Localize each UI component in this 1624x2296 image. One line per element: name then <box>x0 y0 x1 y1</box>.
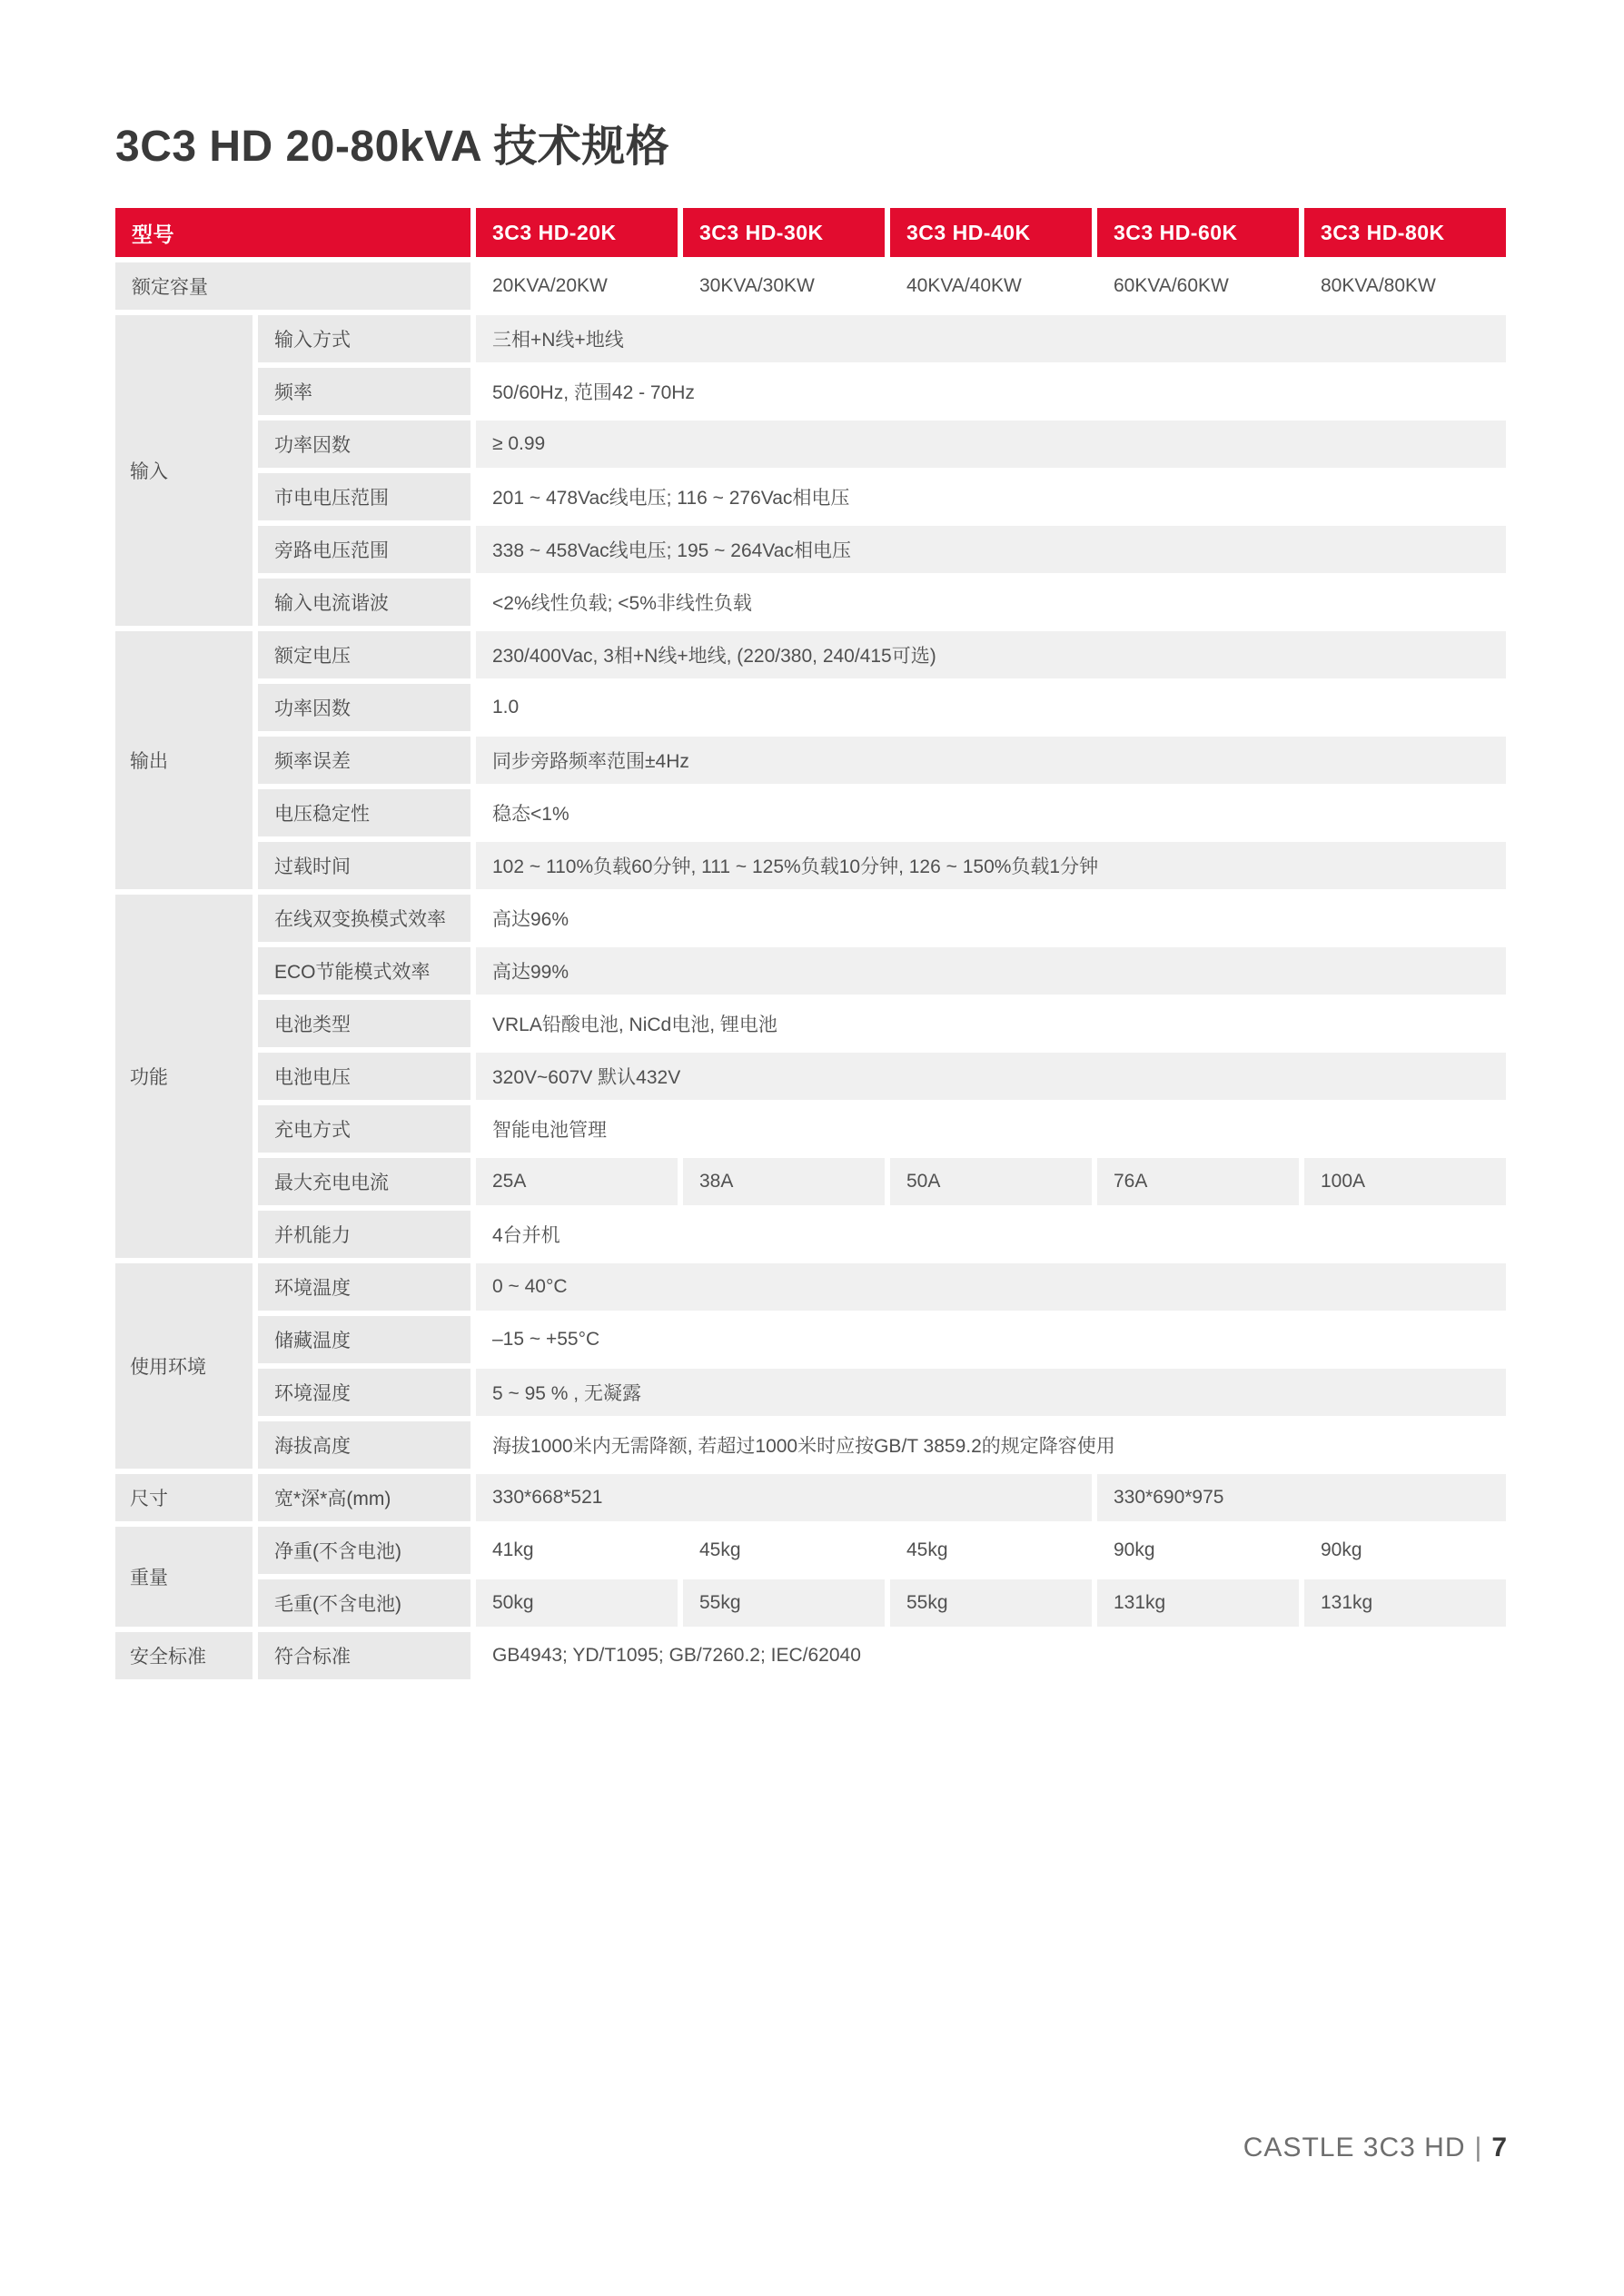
value-cell: 5 ~ 95 % , 无凝露 <box>476 1369 1506 1416</box>
row-label: 最大充电电流 <box>258 1158 470 1205</box>
value-cell: 45kg <box>890 1527 1092 1574</box>
row-label: 储藏温度 <box>258 1316 470 1363</box>
row-label: 额定电压 <box>258 631 470 678</box>
value-cell: 20KVA/20KW <box>476 262 678 310</box>
page-footer: CASTLE 3C3 HD | 7 <box>1243 2133 1508 2163</box>
row-label: 环境湿度 <box>258 1369 470 1416</box>
group-cell-1: 输入 <box>115 315 253 626</box>
value-cell: 80KVA/80KW <box>1304 262 1506 310</box>
value-cell: 1.0 <box>476 684 1506 731</box>
value-cell: 25A <box>476 1158 678 1205</box>
row-label: 毛重(不含电池) <box>258 1579 470 1627</box>
row-label: ECO节能模式效率 <box>258 947 470 995</box>
row-label: 输入电流谐波 <box>258 579 470 626</box>
row-label: 功率因数 <box>258 684 470 731</box>
value-cell: 30KVA/30KW <box>683 262 885 310</box>
value-cell: 40KVA/40KW <box>890 262 1092 310</box>
row-label: 频率误差 <box>258 737 470 784</box>
value-cell: 高达96% <box>476 895 1506 942</box>
row-label: 电压稳定性 <box>258 789 470 836</box>
value-cell: VRLA铅酸电池, NiCd电池, 锂电池 <box>476 1000 1506 1047</box>
value-cell: 38A <box>683 1158 885 1205</box>
group-cell-7: 安全标准 <box>115 1632 253 1679</box>
row-label: 功率因数 <box>258 421 470 468</box>
value-cell: 230/400Vac, 3相+N线+地线, (220/380, 240/415可… <box>476 631 1506 678</box>
row-label: 宽*深*高(mm) <box>258 1474 470 1521</box>
footer-brand: CASTLE 3C3 HD <box>1243 2133 1466 2163</box>
row-label: 环境温度 <box>258 1263 470 1311</box>
footer-separator: | <box>1475 2133 1483 2163</box>
value-cell: 41kg <box>476 1527 678 1574</box>
value-cell: 338 ~ 458Vac线电压; 195 ~ 264Vac相电压 <box>476 526 1506 573</box>
value-cell: 50/60Hz, 范围42 - 70Hz <box>476 368 1506 415</box>
group-cell-6: 重量 <box>115 1527 253 1627</box>
value-cell: 4台并机 <box>476 1211 1506 1258</box>
value-cell: 76A <box>1097 1158 1299 1205</box>
value-cell: <2%线性负载; <5%非线性负载 <box>476 579 1506 626</box>
group-cell-4: 使用环境 <box>115 1263 253 1469</box>
row-label: 输入方式 <box>258 315 470 362</box>
header-model-1: 3C3 HD-20K <box>476 208 678 257</box>
value-cell: 102 ~ 110%负载60分钟, 111 ~ 125%负载10分钟, 126 … <box>476 842 1506 889</box>
row-label: 过载时间 <box>258 842 470 889</box>
value-cell: 90kg <box>1304 1527 1506 1574</box>
value-cell: GB4943; YD/T1095; GB/7260.2; IEC/62040 <box>476 1632 1506 1679</box>
row-label: 频率 <box>258 368 470 415</box>
row-label: 电池电压 <box>258 1053 470 1100</box>
page-title: 3C3 HD 20-80kVA 技术规格 <box>115 111 669 173</box>
value-cell: ≥ 0.99 <box>476 421 1506 468</box>
value-cell: 131kg <box>1304 1579 1506 1627</box>
row-label: 市电电压范围 <box>258 473 470 520</box>
value-cell: 稳态<1% <box>476 789 1506 836</box>
value-cell: 60KVA/60KW <box>1097 262 1299 310</box>
header-model-5: 3C3 HD-80K <box>1304 208 1506 257</box>
row-label: 符合标准 <box>258 1632 470 1679</box>
header-model-4: 3C3 HD-60K <box>1097 208 1299 257</box>
value-cell: 三相+N线+地线 <box>476 315 1506 362</box>
value-cell: 201 ~ 478Vac线电压; 116 ~ 276Vac相电压 <box>476 473 1506 520</box>
group-cell-2: 输出 <box>115 631 253 889</box>
value-cell: 330*690*975 <box>1097 1474 1506 1521</box>
row-label: 并机能力 <box>258 1211 470 1258</box>
header-model-label: 型号 <box>115 208 470 257</box>
value-cell: 90kg <box>1097 1527 1299 1574</box>
value-cell: 50kg <box>476 1579 678 1627</box>
value-cell: 320V~607V 默认432V <box>476 1053 1506 1100</box>
value-cell: 330*668*521 <box>476 1474 1092 1521</box>
row-label: 额定容量 <box>115 262 470 310</box>
value-cell: –15 ~ +55°C <box>476 1316 1506 1363</box>
value-cell: 55kg <box>683 1579 885 1627</box>
value-cell: 智能电池管理 <box>476 1105 1506 1153</box>
value-cell: 55kg <box>890 1579 1092 1627</box>
value-cell: 同步旁路频率范围±4Hz <box>476 737 1506 784</box>
header-model-2: 3C3 HD-30K <box>683 208 885 257</box>
footer-page-number: 7 <box>1491 2133 1508 2163</box>
value-cell: 海拔1000米内无需降额, 若超过1000米时应按GB/T 3859.2的规定降… <box>476 1421 1506 1469</box>
value-cell: 0 ~ 40°C <box>476 1263 1506 1311</box>
row-label: 充电方式 <box>258 1105 470 1153</box>
row-label: 海拔高度 <box>258 1421 470 1469</box>
row-label: 净重(不含电池) <box>258 1527 470 1574</box>
row-label: 在线双变换模式效率 <box>258 895 470 942</box>
group-cell-3: 功能 <box>115 895 253 1258</box>
value-cell: 131kg <box>1097 1579 1299 1627</box>
value-cell: 高达99% <box>476 947 1506 995</box>
group-cell-5: 尺寸 <box>115 1474 253 1521</box>
value-cell: 50A <box>890 1158 1092 1205</box>
value-cell: 45kg <box>683 1527 885 1574</box>
row-label: 旁路电压范围 <box>258 526 470 573</box>
value-cell: 100A <box>1304 1158 1506 1205</box>
header-model-3: 3C3 HD-40K <box>890 208 1092 257</box>
row-label: 电池类型 <box>258 1000 470 1047</box>
spec-table: 型号3C3 HD-20K3C3 HD-30K3C3 HD-40K3C3 HD-6… <box>115 208 1506 1679</box>
